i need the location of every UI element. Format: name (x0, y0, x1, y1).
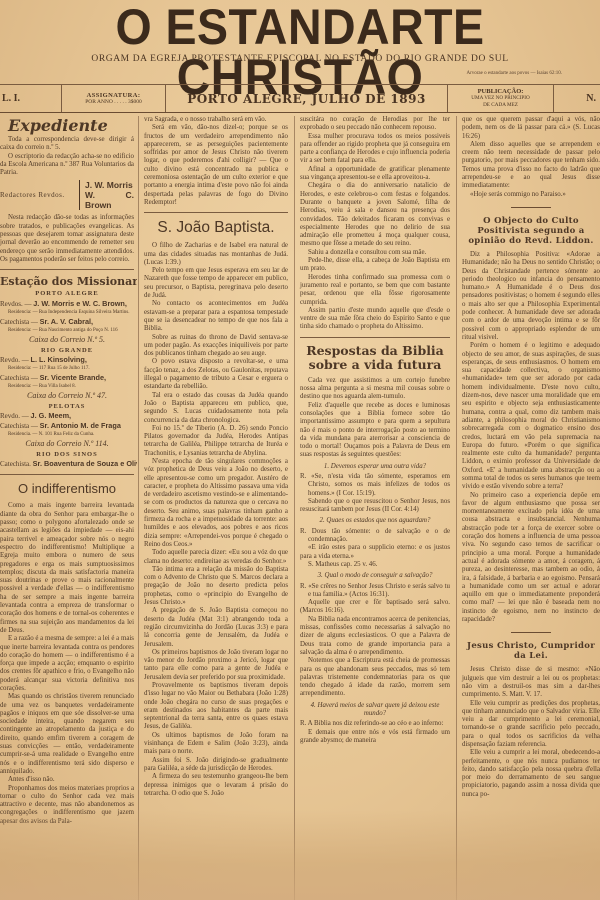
expediente-notice: Nesta redacção dão-se todas as informaçõ… (0, 214, 134, 264)
bible-answer: Sabendo que o que resuscitou o Senhor Je… (300, 498, 450, 515)
editor-name: J. W. Morris (85, 180, 134, 190)
person-role: Catechista. (0, 460, 31, 468)
article-paragraph: Como a mais ingente barreira levantada d… (0, 502, 134, 635)
jesus-christo-heading: Jesus Christo, Cumpridor da Lei. (462, 641, 600, 661)
station-person: Revdos. — J. W. Morris e W. C. Brown, (0, 299, 134, 309)
person-name: Sr. Antonio M. de Fraga (40, 421, 121, 430)
newspaper-page: O ESTANDARTE CHRISTÃO ORGAM DA EGREJA PR… (0, 0, 600, 900)
article-paragraph: Antes d'isso não. (0, 776, 134, 784)
article-paragraph: Herodes tinha confirmado sua promessa co… (300, 274, 450, 307)
bible-answer: E demais que entre nós e vós está firmad… (300, 729, 450, 746)
article-paragraph: Afinal a opportunidade de gratificar ple… (300, 166, 450, 183)
editor-name: W. C. Brown (85, 190, 134, 210)
bible-answer: R. «Se, n'esta vida tão sómente, esperam… (300, 473, 450, 498)
article-paragraph: Assim partiu d'este mundo aquelle que d'… (300, 307, 450, 332)
article-paragraph: O povo estava disposto a revoltar-se, e … (144, 358, 288, 391)
objecto-body: Diz a Philosophia Positiva: «Adorae a Hu… (462, 251, 600, 624)
bible-question: 2. Quaes os estados que nos aguardam? (300, 517, 450, 525)
article-paragraph: suscitára no coração de Herodias por lhe… (300, 116, 450, 133)
bible-answer: R. Dous tão sómente: o de salvação e o d… (300, 528, 450, 545)
jesus-christo-body: Jesus Christo disse de si mesmo: «Não ju… (462, 666, 600, 799)
short-divider (511, 632, 551, 633)
subscription-label: ASSIGNATURA: (87, 92, 141, 99)
article-paragraph: vra Sagrada, e o nosso trabalho será em … (144, 116, 288, 124)
subscription-price: POR ANNO . . . . . 3$000 (85, 99, 142, 106)
article-paragraph: «Hoje serás commigo no Paraiso.» (462, 191, 600, 199)
station-city: RIO DOS SINOS (0, 451, 134, 459)
article-paragraph: A pregação de S. João Baptista começou n… (144, 607, 288, 648)
station-residence: Residencia: — Rua Nascimento antiga do P… (0, 327, 134, 335)
station-residence: Residencia: — Rua Villa Isabel 8. (0, 383, 134, 391)
expediente-paragraph: Toda a correspondencia deve-se dirigir á… (0, 136, 134, 153)
masthead-motto: Arvorae o estandarte aos povos — Isaias … (466, 71, 562, 76)
issue-number: N. (554, 85, 600, 112)
article-paragraph: No contacto os acontecimentos em Judéa e… (144, 300, 288, 333)
article-paragraph: Feliz d'aquelle que recebe as doces e lu… (300, 402, 450, 460)
article-paragraph: Sahiu a donzella e consultou com sua mãe… (300, 249, 450, 257)
issue-number-text: N. (586, 93, 596, 104)
bible-answer: Notemos que a Escriptura está cheia de p… (300, 657, 450, 698)
issue-date: PORTO ALEGRE, JULHO DE 1893 (166, 85, 448, 112)
article-paragraph: Chegára o dia do anniversario natalicio … (300, 182, 450, 248)
publication-box: PUBLICAÇÃO: UMA VEZ NO PRINCIPIO DE CADA… (448, 85, 554, 112)
expediente-paragraph: O escriptorio da redacção acha-se no edi… (0, 153, 134, 178)
column-rule (456, 116, 457, 900)
stations-list: PORTO ALEGRERevdos. — J. W. Morris e W. … (0, 290, 134, 469)
article-paragraph: Tal era o estado das cousas da Judéa qua… (144, 392, 288, 425)
article-paragraph: Será em vão, dão-nos dizel-o; porque se … (144, 124, 288, 207)
person-role: Catechista — (0, 318, 38, 326)
article-paragraph: Elle veiu cumprir as predições dos proph… (462, 700, 600, 750)
station-residence: Residencia: — Rua Independencia Esquina … (0, 309, 134, 317)
column-4: que os que querem passar d'aqui a vós, n… (458, 116, 600, 900)
person-name: J. W. Morris e W. C. Brown, (33, 299, 127, 308)
column-rule (138, 116, 139, 900)
article-paragraph: Sobre as ruinas do throno de David senta… (144, 334, 288, 359)
objecto-heading: O Objecto do Culto Positivista segundo a… (462, 216, 600, 246)
volume-label: L. I. (0, 85, 62, 112)
section-divider (300, 337, 450, 338)
station-mailbox: Caixa do Correio N.º 114. (0, 439, 134, 449)
editors-label: Redactores Revdos. (0, 191, 79, 199)
bible-question: 3. Qual o modo de conseguir a salvação? (300, 572, 450, 580)
article-paragraph: Assim foi S. João dirigindo-se gradualme… (144, 757, 288, 774)
indifferentismo-body: Como a mais ingente barreira levantada d… (0, 502, 134, 826)
article-paragraph: O filho de Zacharias e de Isabel era nat… (144, 242, 288, 267)
bible-answer: R. «Se crêres no Senhor Jesus Christo e … (300, 583, 450, 600)
article-paragraph: Mas quando os christãos tiverem renuncia… (0, 693, 134, 776)
bible-answer: «E irão estes para o supplicio eterno: e… (300, 544, 450, 561)
column-1: Expediente Toda a correspondencia deve-s… (0, 116, 137, 900)
editors-block: Redactores Revdos. J. W. Morris W. C. Br… (0, 180, 134, 210)
column-2: vra Sagrada, e o nosso trabalho será em … (140, 116, 292, 900)
article-paragraph: No primeiro caso a experiencia depõe em … (462, 492, 600, 625)
article-paragraph: que os que querem passar d'aqui a vós, n… (462, 116, 600, 141)
person-role: Revdo. — (0, 412, 29, 420)
station-mailbox: Caixa do Correio N.º 5. (0, 335, 134, 345)
article-paragraph: Todo aquelle parecia dizer: «Eu sou a vó… (144, 549, 288, 566)
issue-date-text: PORTO ALEGRE, JULHO DE 1893 (187, 92, 426, 106)
article-paragraph: Provavelmente os baptismos tiveram depoi… (144, 682, 288, 732)
person-name: L. L. Kinsolving, (31, 355, 87, 364)
volume-text: L. I. (2, 93, 20, 104)
station-residence: Residencia: — 117 Rua 15 de Julho 117. (0, 365, 134, 373)
article-paragraph: Pelo tempo em que Jesus esperava em seu … (144, 267, 288, 300)
station-person: Revdo. — L. L. Kinsolving, (0, 355, 134, 365)
column-rule (294, 116, 295, 900)
article-paragraph: Os primeiros baptismos de João tiveram l… (144, 649, 288, 682)
station-person: Revdo. — J. G. Meem, (0, 411, 134, 421)
article-paragraph: Elle veiu a cumprir a lei moral, obedece… (462, 749, 600, 799)
station-person: Catechista — Sr. Antonio M. de Fraga (0, 421, 134, 431)
station-city: PORTO ALEGRE (0, 290, 134, 298)
joao-baptista-continuation: suscitára no coração de Herodias por lhe… (300, 116, 450, 332)
station-city: RIO GRANDE (0, 347, 134, 355)
section-divider (0, 474, 134, 475)
article-paragraph: Essa mulher procurava todos os meios pos… (300, 133, 450, 166)
bible-answer: Na Biblia nada encontramos acerca de pen… (300, 616, 450, 657)
column-3: suscitára no coração de Herodias por lhe… (296, 116, 454, 900)
article-paragraph: Proponhamos dos meios materiaes proprios… (0, 785, 134, 826)
person-role: Revdo. — (0, 356, 29, 364)
station-city: PELOTAS (0, 403, 134, 411)
person-name: Sr. A. V. Cabral, (40, 317, 93, 326)
section-divider (0, 269, 134, 270)
station-mailbox: Caixa do Correio N.º 47. (0, 391, 134, 401)
article-paragraph: Cada vez que assistimos a um cortejo fun… (300, 377, 450, 402)
masthead-subtitle: ORGAM DA EGREJA PROTESTANTE EPISCOPAL NO… (0, 54, 600, 64)
article-paragraph: N'esta epocha de tão singulares commoçõe… (144, 458, 288, 549)
respostas-continuation: que os que querem passar d'aqui a vós, n… (462, 116, 600, 199)
bible-answer: S. Matheus cap. 25 v. 46. (300, 561, 450, 569)
article-paragraph: Pede-lhe, disse ella, a cabeça de João B… (300, 257, 450, 274)
article-paragraph: Os ultimos baptismos de João foram na vi… (144, 732, 288, 757)
article-paragraph: A firmeza do seu testemunho grangeou-lhe… (144, 773, 288, 798)
station-person: Catechista — Sr. Vicente Brande, (0, 373, 134, 383)
publication-line-2: DE CADA MEZ (483, 102, 518, 108)
station-residence: Residencia. — N. 101 Rua Feliz da Cunha. (0, 431, 134, 439)
person-role: Revdos. — (0, 300, 32, 308)
article-paragraph: Diz a Philosophia Positiva: «Adorae a Hu… (462, 251, 600, 342)
person-name: J. G. Meem, (31, 411, 72, 420)
expediente-heading: Expediente (0, 116, 134, 136)
station-person: Catechista. Sr. Boaventura de Souza e Ol… (0, 459, 134, 469)
subscription-box: ASSIGNATURA: POR ANNO . . . . . 3$000 (62, 85, 166, 112)
article-paragraph: E a razão é a mesma de sempre: a lei é a… (0, 635, 134, 693)
section-divider (144, 212, 288, 213)
station-person: Catechista — Sr. A. V. Cabral, (0, 317, 134, 327)
bible-question: 4. Haverá meios de salvar quem já deixou… (300, 702, 450, 719)
info-bar: L. I. ASSIGNATURA: POR ANNO . . . . . 3$… (0, 84, 600, 113)
respostas-heading: Respostas da Biblia sobre a vida futura (300, 344, 450, 372)
person-role: Catechista — (0, 374, 38, 382)
bible-question: 1. Devemos esperar uma outra vida? (300, 463, 450, 471)
indifferentismo-heading: O indifferentismo (0, 481, 134, 497)
article-paragraph: Foi no 15.º de Tiberio (A. D. 26) sendo … (144, 425, 288, 458)
person-name: Sr. Vicente Brande, (40, 373, 106, 382)
person-name: Sr. Boaventura de Souza e Oliveira. (33, 459, 137, 468)
joao-baptista-body: O filho de Zacharias e de Isabel era nat… (144, 242, 288, 798)
bible-answer: Aquelle que crer e fôr baptisado será sa… (300, 599, 450, 616)
person-role: Catechista — (0, 422, 38, 430)
article-paragraph: Jesus Christo disse de si mesmo: «Não ju… (462, 666, 600, 699)
bible-answer: R. A Biblia nos diz referindo-se ao céo … (300, 720, 450, 728)
short-divider (511, 207, 551, 208)
article-paragraph: Porém o homem é o legitimo e adequado ob… (462, 342, 600, 491)
joao-baptista-heading: S. João Baptista. (144, 219, 288, 237)
article-paragraph: Tão intima era a relação da missão do Ba… (144, 566, 288, 607)
missionarios-heading: Estação dos Missionarios (0, 275, 134, 288)
respostas-body: Cada vez que assistimos a um cortejo fun… (300, 377, 450, 745)
editors-names: J. W. Morris W. C. Brown (79, 180, 134, 210)
article-paragraph: Alem disso aquelles que se arrependem e … (462, 141, 600, 191)
